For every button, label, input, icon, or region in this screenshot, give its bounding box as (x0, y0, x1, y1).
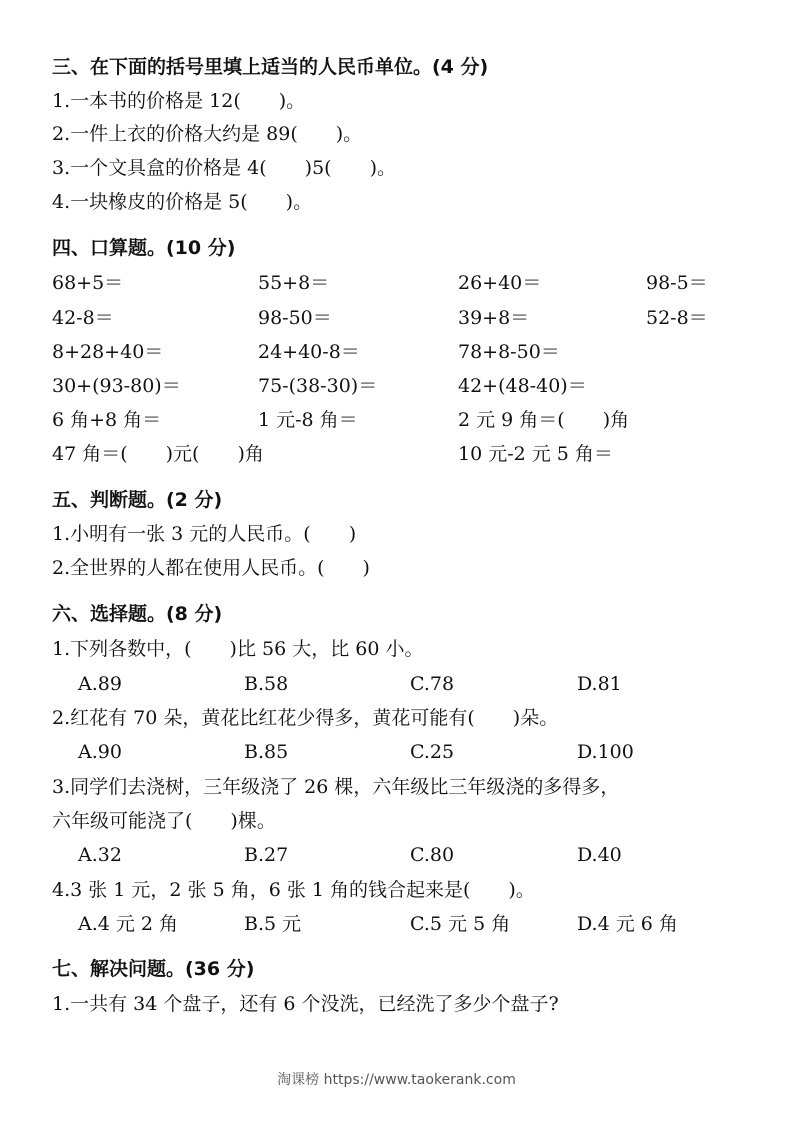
math-cell: 6 角+8 角＝ (52, 407, 161, 433)
math-cell: 47 角＝( )元( )角 (52, 441, 264, 467)
math-cell: 98-5＝ (646, 270, 708, 296)
section5-item-1: 1.小明有一张 3 元的人民币。( ) (52, 521, 356, 547)
section7-title: 七、解决问题。(36 分) (52, 956, 254, 982)
math-cell: 98-50＝ (258, 305, 332, 331)
option-c: C.5 元 5 角 (410, 911, 510, 937)
option-b: B.58 (244, 671, 288, 697)
question-2: 2.红花有 70 朵，黄花比红花少得多，黄花可能有( )朵。 (52, 705, 558, 731)
question-4: 4.3 张 1 元，2 张 5 角，6 张 1 角的钱合起来是( )。 (52, 877, 535, 903)
option-b: B.85 (244, 739, 288, 765)
footer-watermark: 淘课榜 https://www.taokerank.com (0, 1069, 793, 1089)
option-c: C.80 (410, 842, 454, 868)
section3-item-3: 3.一个文具盒的价格是 4( )5( )。 (52, 155, 396, 181)
option-b: B.27 (244, 842, 288, 868)
math-cell: 1 元-8 角＝ (258, 407, 358, 433)
option-d: D.4 元 6 角 (577, 911, 678, 937)
math-cell: 55+8＝ (258, 270, 329, 296)
option-d: D.81 (577, 671, 622, 697)
option-d: D.40 (577, 842, 622, 868)
math-cell: 39+8＝ (458, 305, 529, 331)
section5-item-2: 2.全世界的人都在使用人民币。( ) (52, 555, 370, 581)
question-3-line-1: 3.同学们去浇树，三年级浇了 26 棵，六年级比三年级浇的多得多， (52, 774, 619, 800)
math-cell: 68+5＝ (52, 270, 123, 296)
option-c: C.78 (410, 671, 454, 697)
math-cell: 52-8＝ (646, 305, 708, 331)
option-b: B.5 元 (244, 911, 301, 937)
option-a: A.32 (78, 842, 122, 868)
option-a: A.4 元 2 角 (78, 911, 178, 937)
option-a: A.89 (78, 671, 122, 697)
math-cell: 10 元-2 元 5 角＝ (458, 441, 613, 467)
section3-item-1: 1.一本书的价格是 12( )。 (52, 88, 305, 114)
section3-item-4: 4.一块橡皮的价格是 5( )。 (52, 189, 312, 215)
section7-item-1: 1.一共有 34 个盘子，还有 6 个没洗，已经洗了多少个盘子? (52, 991, 559, 1017)
math-cell: 42+(48-40)＝ (458, 373, 587, 399)
question-1: 1.下列各数中，( )比 56 大，比 60 小。 (52, 636, 423, 662)
option-d: D.100 (577, 739, 634, 765)
math-cell: 24+40-8＝ (258, 339, 360, 365)
section3-item-2: 2.一件上衣的价格大约是 89( )。 (52, 121, 362, 147)
math-cell: 75-(38-30)＝ (258, 373, 377, 399)
section3-title: 三、在下面的括号里填上适当的人民币单位。(4 分) (52, 54, 488, 80)
math-cell: 2 元 9 角＝( )角 (458, 407, 629, 433)
option-a: A.90 (78, 739, 122, 765)
math-cell: 30+(93-80)＝ (52, 373, 181, 399)
math-cell: 42-8＝ (52, 305, 114, 331)
section5-title: 五、判断题。(2 分) (52, 487, 222, 513)
math-cell: 78+8-50＝ (458, 339, 560, 365)
section6-title: 六、选择题。(8 分) (52, 601, 222, 627)
question-3-line-2: 六年级可能浇了( )棵。 (52, 808, 276, 834)
section4-title: 四、口算题。(10 分) (52, 235, 235, 261)
option-c: C.25 (410, 739, 454, 765)
math-cell: 8+28+40＝ (52, 339, 163, 365)
math-cell: 26+40＝ (458, 270, 541, 296)
